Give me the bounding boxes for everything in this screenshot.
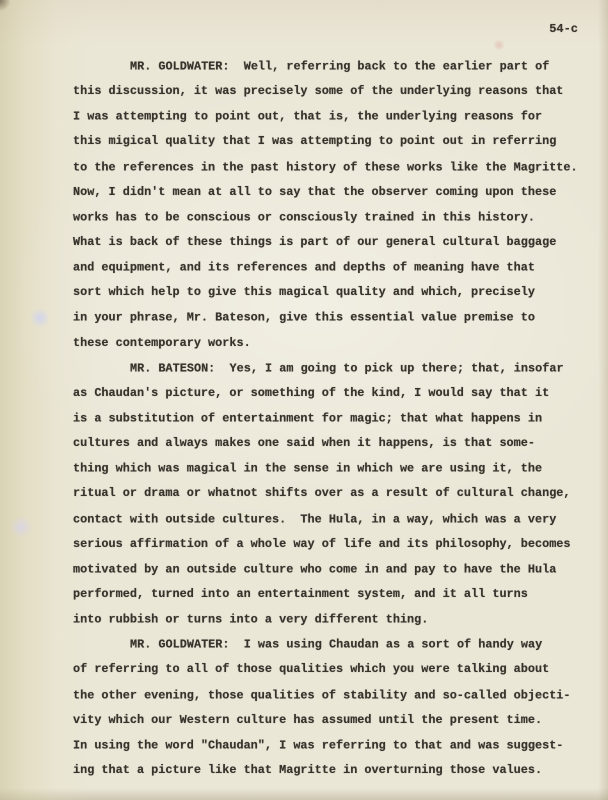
text-line: into rubbish or turns into a very differ…: [73, 607, 592, 632]
text-line: of referring to all of those qualities w…: [73, 657, 592, 682]
text-line: cultures and always makes one said when …: [73, 431, 592, 456]
text-line: I was attempting to point out, that is, …: [73, 105, 592, 130]
text-line: the other evening, those qualities of st…: [73, 683, 592, 708]
paper-stain: [492, 40, 506, 50]
text-line: What is back of these things is part of …: [73, 230, 592, 255]
document-page: 54-c MR. GOLDWATER: Well, referring back…: [0, 0, 608, 800]
text-line: this migical quality that I was attempti…: [73, 129, 592, 154]
text-line: these contemporary works.: [73, 331, 592, 356]
text-line: thing which was magical in the sense in …: [73, 457, 592, 482]
paragraph: MR. GOLDWATER: Well, referring back to t…: [73, 54, 592, 356]
text-line: motivated by an outside culture who come…: [73, 557, 592, 582]
text-line: is a substitution of entertainment for m…: [73, 406, 592, 431]
paragraph: MR. GOLDWATER: I was using Chaudan as a …: [73, 632, 592, 783]
text-line: Now, I didn't mean at all to say that th…: [73, 180, 592, 205]
paper-stain: [30, 308, 50, 328]
page-number: 54-c: [549, 22, 578, 36]
text-line: MR. GOLDWATER: Well, referring back to t…: [73, 54, 592, 79]
text-line: MR. BATESON: Yes, I am going to pick up …: [73, 356, 592, 381]
text-line: ritual or drama or whatnot shifts over a…: [73, 481, 592, 506]
text-line: contact with outside cultures. The Hula,…: [73, 507, 592, 532]
text-line: to the references in the past history of…: [73, 155, 592, 180]
text-line: in your phrase, Mr. Bateson, give this e…: [73, 306, 592, 331]
text-line: MR. GOLDWATER: I was using Chaudan as a …: [73, 633, 592, 658]
transcript-body: MR. GOLDWATER: Well, referring back to t…: [73, 54, 592, 783]
paragraph: MR. BATESON: Yes, I am going to pick up …: [73, 356, 592, 633]
text-line: ing that a picture like that Magritte in…: [73, 758, 592, 783]
paper-stain: [10, 515, 32, 539]
text-line: as Chaudan's picture, or something of th…: [73, 381, 592, 406]
text-line: and equipment, and its references and de…: [73, 255, 592, 280]
text-line: this discussion, it was precisely some o…: [73, 79, 592, 104]
text-line: vity which our Western culture has assum…: [73, 708, 592, 733]
text-line: In using the word "Chaudan", I was refer…: [73, 733, 592, 758]
text-line: performed, turned into an entertainment …: [73, 582, 592, 607]
text-line: serious affirmation of a whole way of li…: [73, 532, 592, 557]
paper-corner-smudge: [0, 0, 10, 12]
text-line: works has to be conscious or consciously…: [73, 205, 592, 230]
text-line: sort which help to give this magical qua…: [73, 280, 592, 305]
